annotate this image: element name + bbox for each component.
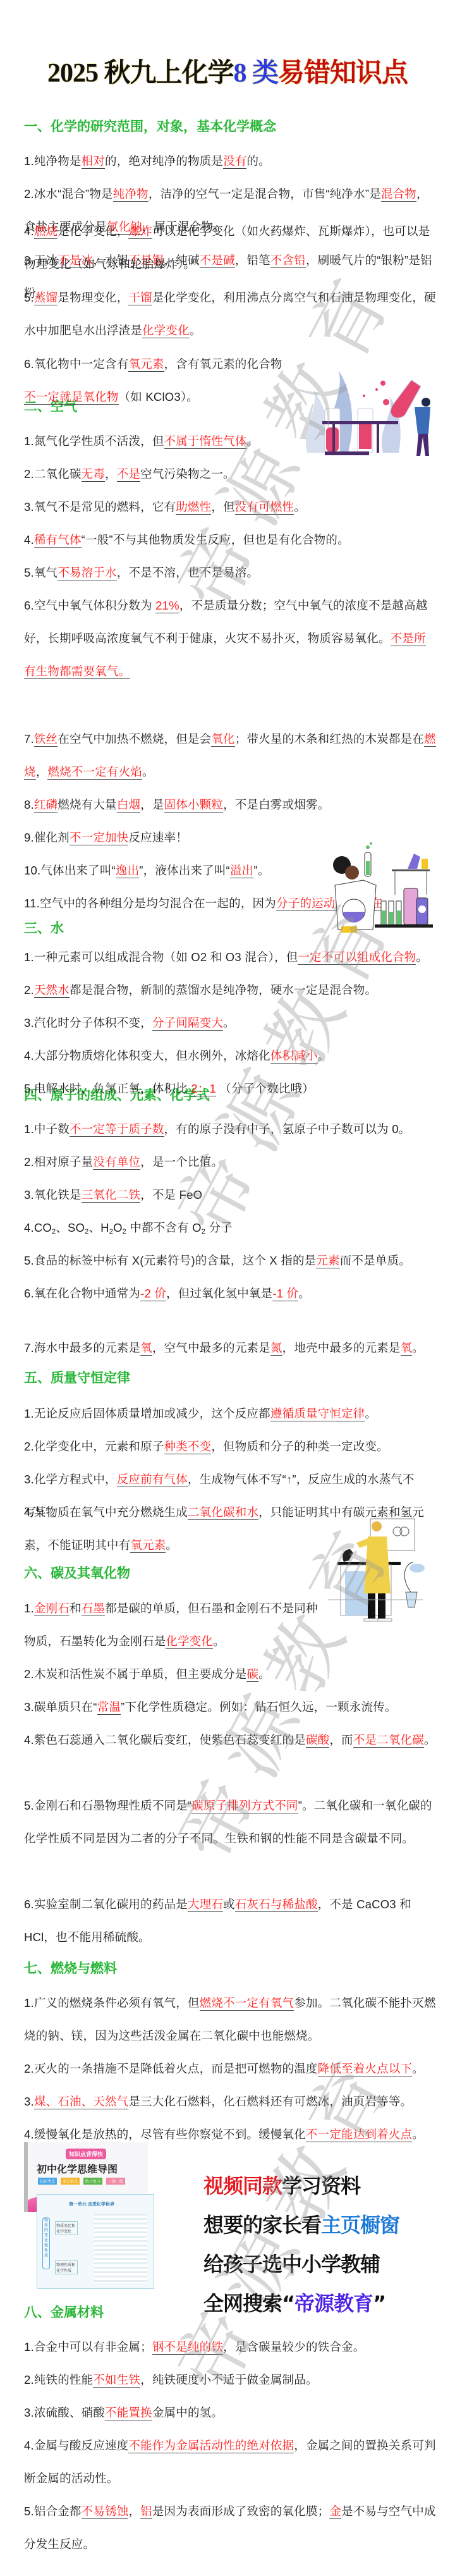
text-segment: 是三大化石燃料，化石燃料还有可燃冰，油页岩等等。 — [128, 2095, 412, 2108]
page-title: 2025 秋九上化学8 类易错知识点 — [0, 54, 455, 92]
text-segment: ，但物质和分子的种类一定改变。 — [211, 1440, 389, 1453]
highlighted-answer: 纯净物 — [113, 187, 149, 202]
highlighted-answer: 爆炸 — [128, 224, 152, 239]
text-segment: 5.金刚石和石墨物理性质不同是“ — [24, 1799, 191, 1812]
text-segment: 。 — [416, 950, 428, 964]
text-segment: 金属中的氢。 — [152, 2406, 223, 2419]
text-segment: ，不是不溶，也不是易溶。 — [117, 566, 258, 579]
text-segment: ，但过氧化氢中氧是 — [166, 1287, 272, 1300]
text-segment: 5. — [24, 291, 34, 304]
highlighted-answer: 不一定能达到着火点 — [306, 2128, 412, 2142]
highlighted-answer: 燃烧不一定有氧气 — [200, 1996, 294, 2011]
highlighted-answer: 体积减小 — [270, 1049, 318, 1064]
highlighted-answer: 没有单位 — [93, 1155, 140, 1170]
book-badge: 知识点背得快 — [66, 2149, 106, 2159]
list-item: 6.实验室制二氧化碳用的药品是大理石或石灰石与稀盐酸，不是 CaCO3 和 HC… — [24, 1888, 436, 1954]
highlighted-answer: -1 价 — [272, 1287, 298, 1301]
text-segment: 7. — [24, 732, 34, 745]
woman-scientist-illustration — [325, 841, 436, 936]
text-segment: 5.电解水时，负氢正氧，体积比 — [24, 1082, 191, 1095]
highlighted-answer: 常温 — [97, 1700, 121, 1715]
text-segment: 都是混合物，新制的蒸馏水是纯净物，硬水一定是混合物。 — [70, 983, 377, 997]
highlighted-answer: 无毒 — [82, 467, 105, 482]
text-segment: 。 — [246, 434, 258, 448]
list-item: 4.金属与酸反应速度不能作为金属活动性的绝对依据，金属之间的置换关系可判断金属的… — [24, 2429, 436, 2495]
text-segment: ；带火星的木条和红热的木炭都是在 — [235, 732, 424, 745]
text-segment: ，不是 FeO — [140, 1188, 202, 1201]
text-segment: 和 — [70, 1602, 82, 1615]
text-segment: 5.氧气 — [24, 566, 58, 579]
text-segment: 10.气体出来了叫“ — [24, 864, 116, 877]
list-item: 1.金刚石和石墨都是碳的单质，但石墨和金刚石不是同种物质，石墨转化为金刚石是化学… — [24, 1592, 321, 1658]
promo-text-red: 视频同款 — [203, 2174, 282, 2198]
book-inner-vertical: 物质的变化和性质 — [42, 2217, 50, 2269]
text-segment: 4. — [24, 533, 34, 546]
promo-text: 想要的家长看 — [203, 2213, 321, 2237]
list-item: 4.大部分物质熔化体积变大，但水例外，冰熔化体积减小。 — [24, 1040, 436, 1072]
highlighted-answer: 相对 — [82, 154, 105, 169]
book-branch: 物理性质和化学性质 — [55, 2260, 78, 2274]
text-segment: 。 — [258, 1667, 270, 1681]
text-segment: 5.铝合金都 — [24, 2505, 82, 2518]
highlighted-answer: 不是 — [117, 467, 140, 482]
promo-brand-name: 帝源教育 — [294, 2291, 373, 2315]
text-segment: ， — [105, 467, 117, 481]
promo-line-4: 全网搜索“帝源教育” — [203, 2288, 385, 2317]
text-segment: 。 — [294, 500, 306, 513]
book-branch: 物质变化和化学变化 — [55, 2221, 78, 2235]
list-item: 3.汽化时分子体积不变，分子间隔变大。 — [24, 1007, 436, 1040]
text-segment: 6.氧化物中一定含有 — [24, 357, 128, 371]
highlighted-answer: 二氧化碳和水 — [188, 1506, 258, 1520]
list-item: 7.海水中最多的元素是氧，空气中最多的元素是氮，地壳中最多的元素是氧。 — [24, 1332, 436, 1365]
text-segment: 3.浓硫酸、硝酸 — [24, 2406, 105, 2419]
list-item: 5.蒸馏是物理变化，干馏是化学变化，利用沸点分离空气和石油是物理变化，硬水中加肥… — [24, 281, 436, 347]
text-segment: 6.实验室制二氧化碳用的药品是 — [24, 1898, 188, 1911]
text-segment: 1.无论反应后固体质量增加或减少，这个反应都 — [24, 1407, 270, 1420]
text-segment: 4.紫色石蕊通入二氧化碳后变红，使紫色石蕊变红的是 — [24, 1733, 306, 1746]
text-segment: ，洁净的空气一定是混合物，市售“纯净水”是 — [149, 187, 381, 200]
text-segment: 2.木炭和活性炭不属于单质，但主要成分是 — [24, 1667, 246, 1681]
text-segment: ， — [36, 765, 48, 778]
promo-line-3: 给孩子选中小学教辅 — [203, 2248, 380, 2278]
text-segment: O — [113, 1221, 123, 1234]
text-segment: 、H — [88, 1221, 109, 1234]
highlighted-answer: 混合物 — [381, 187, 416, 202]
highlighted-answer: 种类不变 — [164, 1440, 212, 1454]
list-item: 1.中子数不一定等于质子数，有的原子没有中子，氢原子中子数可以为 0。 — [24, 1113, 436, 1146]
list-item: 3.氧气不是常见的燃料，它有助燃性，但没有可燃性。 — [24, 491, 436, 524]
list-item: 5.电解水时，负氢正氧，体积比 2：1 （分子个数比哦） — [24, 1072, 436, 1105]
highlighted-answer: 铁丝 — [34, 732, 58, 747]
highlighted-answer: 稀有气体 — [34, 533, 82, 548]
list-item: 4.稀有气体“一般”不与其他物质发生反应，但也是有化合物的。 — [24, 524, 436, 556]
list-item: 6.氧化物中一定含有氧元素，含有氧元素的化合物不一定就是氧化物（如 KClO3）… — [24, 348, 289, 414]
highlighted-answer: 反应前有气体 — [117, 1473, 188, 1487]
highlighted-answer: 化学变化 — [166, 1635, 213, 1649]
text-segment: 1.纯净物是 — [24, 154, 82, 168]
highlighted-answer: 不易锈蚀 — [82, 2505, 129, 2519]
text-segment: 是因为表面形成了致密的氧化膜； — [152, 2505, 330, 2518]
text-segment: 是化学变化， — [58, 224, 128, 238]
section-heading-5: 五、质量守恒定律 — [24, 1368, 130, 1387]
title-part-count: 8 类 — [233, 59, 278, 88]
list-item: 3.碳单质只在“常温”下化学性质稳定。例如：钻石恒久远，一颗永流传。 — [24, 1691, 436, 1724]
highlighted-answer: 天然水 — [34, 983, 70, 998]
text-segment: ，含有氧元素的化合物 — [164, 357, 282, 371]
promo-text: 给孩子选中小学教辅 — [203, 2252, 380, 2276]
highlighted-answer: 化学变化 — [142, 324, 190, 338]
highlighted-answer: 不如生铁 — [93, 2373, 140, 2388]
text-segment: “一般”不与其他物质发生反应，但也是有化合物的。 — [82, 533, 349, 546]
highlighted-answer: 不一定就是氧化物 — [24, 390, 119, 405]
list-item: 5.金刚石和石墨物理性质不同是“碳原子排列方式不同”。二氧化碳和一氧化碳的化学性… — [24, 1789, 436, 1855]
text-segment: 1.合金中可以有非金属； — [24, 2340, 152, 2353]
highlighted-answer: 氧 — [140, 1341, 152, 1356]
text-segment: 1.氮气化学性质不活泼，但 — [24, 434, 164, 448]
text-segment: 是物理变化， — [58, 291, 128, 304]
text-segment: （分子个数比哦） — [216, 1082, 314, 1095]
text-segment: 5.食品的标签中标有 X(元素符号)的含量，这个 X 指的是 — [24, 1254, 316, 1267]
text-segment: ，但 — [211, 500, 234, 513]
text-segment: 2.化学变化中，元素和原子 — [24, 1440, 164, 1453]
text-segment: 3.碳单质只在“ — [24, 1700, 97, 1714]
section-heading-1: 一、化学的研究范围，对象，基本化学概念 — [24, 116, 276, 135]
text-segment: 3.化学方程式中， — [24, 1473, 117, 1486]
text-segment: 。 — [412, 2128, 424, 2141]
text-segment: 3.汽化时分子体积不变， — [24, 1016, 152, 1029]
text-segment: 。 — [213, 1635, 225, 1648]
list-item: 1.无论反应后固体质量增加或减少，这个反应都遵循质量守恒定律。 — [24, 1397, 436, 1430]
highlighted-answer: 不能置换 — [105, 2406, 152, 2420]
text-segment: 。 — [298, 1287, 310, 1300]
highlighted-answer: 氧元素 — [128, 357, 164, 372]
text-segment: 3. — [24, 2095, 34, 2108]
section-heading-8: 八、金属材料 — [24, 2302, 104, 2321]
list-item: 2.相对原子量没有单位，是一个比值。 — [24, 1146, 436, 1179]
text-segment: 2. — [24, 983, 34, 997]
highlighted-answer: 没有可燃性 — [235, 500, 294, 515]
highlighted-answer: -2 价 — [140, 1287, 166, 1301]
highlighted-answer: 不能作为金属活动性的绝对依据 — [128, 2439, 294, 2453]
highlighted-answer: 固体小颗粒 — [164, 798, 224, 813]
text-segment: 2.相对原子量 — [24, 1155, 93, 1168]
highlighted-answer: 没有 — [223, 154, 246, 169]
text-segment: （如 KClO3）。 — [119, 390, 198, 403]
list-item: 3.煤、石油、天然气是三大化石燃料，化石燃料还有可燃冰，油页岩等等。 — [24, 2085, 436, 2118]
list-item: 4.CO2、SO2、H2O2 中都不含有 O2 分子 — [24, 1211, 436, 1248]
highlighted-answer: 大理石 — [188, 1898, 223, 1912]
highlighted-answer: 溢出 — [230, 864, 253, 878]
text-segment: ，是一个比值。 — [140, 1155, 223, 1168]
highlighted-answer: 逸出 — [116, 864, 139, 878]
list-item: 2.木炭和活性炭不属于单质，但主要成分是碳。 — [24, 1658, 436, 1691]
text-segment: ，是 — [140, 798, 164, 811]
section-heading-7: 七、燃烧与燃料 — [24, 1958, 117, 1977]
book-title: 初中化学思维导图 — [37, 2161, 118, 2176]
text-segment: ，有的原子没有中子，氢原子中子数可以为 0。 — [164, 1122, 411, 1136]
list-item: 2.灭火的一条措施不是降低着火点，而是把可燃物的温度降低至着火点以下。 — [24, 2052, 436, 2085]
text-segment: 分子 — [205, 1221, 233, 1234]
text-segment: 4.金属与酸反应速度 — [24, 2439, 128, 2452]
book-tag: 一课一练 — [106, 2178, 125, 2185]
text-segment: 。 — [190, 324, 202, 337]
highlighted-answer: 蒸馏 — [34, 291, 58, 305]
text-segment: 空气污染物之一。 — [140, 467, 235, 481]
title-part-main: 2025 秋九上化学 — [47, 59, 234, 88]
text-segment: 。 — [412, 1341, 424, 1354]
highlighted-answer: 三氧化二铁 — [82, 1188, 141, 1203]
list-item: 4.紫色石蕊通入二氧化碳后变红，使紫色石蕊变红的是碳酸，而不是二氧化碳。 — [24, 1724, 436, 1757]
book-inner-lines — [94, 2214, 147, 2283]
highlighted-answer: 遵循质量守恒定律 — [270, 1407, 365, 1421]
highlighted-answer: 助燃性 — [176, 500, 211, 515]
highlighted-answer: 2：1 — [191, 1082, 216, 1096]
list-item: 2.天然水都是混合物，新制的蒸馏水是纯净物，硬水一定是混合物。 — [24, 974, 436, 1007]
lab-technician-illustration — [325, 1518, 426, 1625]
scientist-flask-illustration — [294, 358, 440, 459]
text-segment: 的，绝对纯净的物质是 — [105, 154, 223, 168]
highlighted-answer: 氧化 — [211, 732, 234, 747]
highlighted-answer: 不是二氧化碳 — [353, 1733, 424, 1748]
text-segment: 4.某物质在氧气中充分燃烧生成 — [24, 1506, 188, 1519]
text-segment: 3.氧化铁是 — [24, 1188, 82, 1201]
text-segment: 3.氧气不是常见的燃料，它有 — [24, 500, 176, 513]
text-segment: 4.CO — [24, 1221, 52, 1234]
text-segment: 4.缓慢氧化是放热的，尽管有些你察觉不到。缓慢氧化 — [24, 2128, 306, 2141]
book-tag: 重点难点 — [61, 2178, 80, 2185]
list-item: 8.红磷燃烧有大量白烟，是固体小颗粒，不是白雾或烟雾。 — [24, 788, 436, 821]
highlighted-answer: 氧元素 — [130, 1538, 166, 1553]
highlighted-answer: 碳原子排列方式不同 — [191, 1799, 298, 1813]
highlighted-answer: 钢不是纯的铁 — [152, 2340, 223, 2355]
highlighted-answer: 燃烧 — [34, 224, 58, 239]
list-item: 6.空气中氧气体积分数为 21%，不是质量分数；空气中氧气的浓度不是越高越好，长… — [24, 589, 436, 688]
text-segment: 中都不含有 O — [126, 1221, 202, 1234]
highlighted-answer: 不属于惰性气体 — [164, 434, 247, 449]
list-item: 5.氧气不易溶于水，不是不溶，也不是易溶。 — [24, 556, 436, 589]
text-segment: 。 — [412, 2062, 424, 2075]
text-segment: 或 — [223, 1898, 235, 1911]
list-item: 6.氧在化合物中通常为-2 价，但过氧化氢中氧是-1 价。 — [24, 1277, 436, 1310]
text-segment: 11.空气中的各种组分是均匀混合在一起的，因为 — [24, 897, 276, 910]
list-item: 7.铁丝在空气中加热不燃烧，但是会氧化；带火星的木条和红热的木炭都是在燃烧，燃烧… — [24, 723, 436, 788]
promo-book-image: 知识点背得快 初中化学思维导图 知识考点 重点难点 练习复习 一课一练 第一单元… — [24, 2142, 150, 2300]
list-item: 1.合金中可以有非金属；钢不是纯的铁，是含碳量较少的铁合金。 — [24, 2331, 436, 2364]
section-heading-6: 六、碳及其氧化物 — [24, 1563, 130, 1582]
text-segment: 反应速率！ — [128, 831, 188, 844]
list-item: 2.纯铁的性能不如生铁，纯铁硬度小不适于做金属制品。 — [24, 2364, 436, 2396]
text-segment: 。 — [318, 1049, 330, 1062]
text-segment: 。 — [424, 1733, 436, 1746]
text-segment: 1.中子数 — [24, 1122, 70, 1136]
text-segment: 6.空气中氧气体积分数为 — [24, 599, 155, 612]
text-segment: 。 — [166, 1538, 178, 1552]
text-segment: ”。 — [253, 864, 269, 877]
promo-text: ” — [373, 2291, 385, 2315]
document-page: 2025 秋九上化学8 类易错知识点 一、化学的研究范围，对象，基本化学概念 二… — [0, 0, 455, 2576]
highlighted-answer: 分子间隔变大 — [152, 1016, 223, 1031]
highlighted-answer: 21% — [155, 599, 179, 613]
highlighted-answer: 不一定等于质子数 — [70, 1122, 164, 1137]
highlighted-answer: 一定不可以组成化合物 — [298, 950, 416, 965]
highlighted-answer: 氮 — [270, 1341, 282, 1356]
highlighted-answer: 不一定加快 — [70, 831, 129, 845]
highlighted-answer: 金 — [329, 2505, 341, 2519]
text-segment: ，是含碳量较少的铁合金。 — [223, 2340, 365, 2353]
text-segment: ，空气中最多的元素是 — [152, 1341, 270, 1354]
highlighted-answer: 铝 — [140, 2505, 152, 2519]
list-item: 5.食品的标签中标有 X(元素符号)的含量，这个 X 指的是元素而不是单质。 — [24, 1244, 436, 1277]
list-item: 2.化学变化中，元素和原子种类不变，但物质和分子的种类一定改变。 — [24, 1430, 436, 1463]
text-segment: ， — [128, 2505, 140, 2518]
text-segment: 1.广义的燃烧条件必须有氧气，但 — [24, 1996, 200, 2009]
highlighted-answer: 煤、石油、天然气 — [34, 2095, 129, 2109]
book-tags: 知识考点 重点难点 练习复习 一课一练 — [38, 2178, 125, 2185]
highlighted-answer: 降低至着火点以下 — [318, 2062, 413, 2076]
list-item: 1.氮气化学性质不活泼，但不属于惰性气体。 — [24, 425, 302, 458]
text-segment: 而不是单质。 — [340, 1254, 411, 1267]
text-segment: 燃烧有大量 — [58, 798, 117, 811]
highlighted-answer: 石墨 — [82, 1602, 105, 1616]
text-segment: 、SO — [56, 1221, 85, 1234]
book-tag: 知识考点 — [38, 2178, 57, 2185]
highlighted-answer: 干馏 — [128, 291, 152, 305]
text-segment: ”，液体出来了叫“ — [139, 864, 230, 877]
highlighted-answer: 碳 — [246, 1667, 258, 1682]
text-segment: 1.一种元素可以组成混合物（如 O2 和 O3 混合），但 — [24, 950, 298, 964]
highlighted-answer: 碳酸 — [306, 1733, 329, 1748]
text-segment: 1. — [24, 1602, 34, 1615]
promo-text: 全网搜索“ — [203, 2291, 294, 2315]
text-segment: 的。 — [246, 154, 270, 168]
promo-line-1: 视频同款学习资料 — [203, 2170, 360, 2199]
text-segment: 2.冰水“混合”物是 — [24, 187, 113, 200]
text-segment: 。 — [365, 1407, 377, 1420]
text-segment: 7.海水中最多的元素是 — [24, 1341, 140, 1354]
text-segment: ，地壳中最多的元素是 — [282, 1341, 401, 1354]
book-tag: 练习复习 — [83, 2178, 102, 2185]
text-segment: ，不是白雾或烟雾。 — [223, 798, 329, 811]
promo-line-2: 想要的家长看主页橱窗 — [203, 2209, 399, 2238]
text-segment: 4.大部分物质熔化体积变大，但水例外，冰熔化 — [24, 1049, 270, 1062]
text-segment: 。 — [223, 1016, 235, 1029]
book-inner-heading: 第一单元 走进化学世界 — [69, 2201, 114, 2207]
highlighted-answer: 白烟 — [117, 798, 140, 813]
promo-text: 学习资料 — [282, 2174, 360, 2198]
highlighted-answer: 不易溶于水 — [58, 566, 117, 580]
text-segment: 6.氧在化合物中通常为 — [24, 1287, 140, 1300]
promo-text-blue: 主页橱窗 — [321, 2213, 399, 2237]
highlighted-answer: 氧 — [401, 1341, 413, 1356]
highlighted-answer: 元素 — [316, 1254, 339, 1268]
list-item: 5.铝合金都不易锈蚀，铝是因为表面形成了致密的氧化膜；金是不易与空气中成分发生反… — [24, 2495, 436, 2561]
title-part-emphasis: 易错知识点 — [278, 59, 408, 88]
text-segment: 2.二氧化碳 — [24, 467, 82, 481]
text-segment: 2.灭火的一条措施不是降低着火点，而是把可燃物的温度 — [24, 2062, 318, 2075]
text-segment: 4. — [24, 224, 34, 238]
highlighted-answer: 燃烧不一定有火焰 — [47, 765, 142, 780]
text-segment: 8. — [24, 798, 34, 811]
section-heading-3: 三、水 — [24, 918, 64, 937]
list-item: 3.浓硫酸、硝酸不能置换金属中的氢。 — [24, 2396, 436, 2429]
list-item: 1.一种元素可以组成混合物（如 O2 和 O3 混合），但一定不可以组成化合物。 — [24, 941, 436, 974]
list-item: 3.氧化铁是三氧化二铁，不是 FeO — [24, 1179, 436, 1211]
text-segment: ，而 — [329, 1733, 353, 1746]
list-item: 2.二氧化碳无毒，不是空气污染物之一。 — [24, 458, 436, 491]
highlighted-answer: 石灰石与稀盐酸 — [235, 1898, 318, 1912]
list-item: 1.纯净物是相对的，绝对纯净的物质是没有的。 — [24, 145, 436, 178]
text-segment: 在空气中加热不燃烧，但是会 — [58, 732, 211, 745]
text-segment: 9.催化剂 — [24, 831, 70, 844]
list-item: 1.广义的燃烧条件必须有氧气，但燃烧不一定有氧气参加。二氧化碳不能扑灭燃烧的钠、… — [24, 1987, 436, 2052]
text-segment: 。 — [142, 765, 154, 778]
book-inner-page: 第一单元 走进化学世界 物质的变化和性质 物质变化和化学变化 物理性质和化学性质 — [37, 2194, 154, 2289]
text-segment: 2.纯铁的性能 — [24, 2373, 93, 2386]
list-item: 4.燃烧是化学变化，爆炸可以是化学变化（如火药爆炸、瓦斯爆炸），也可以是物理变化… — [24, 215, 436, 281]
highlighted-answer: 金刚石 — [34, 1602, 70, 1616]
highlighted-answer: 红磷 — [34, 798, 58, 813]
text-segment: ”下化学性质稳定。例如：钻石恒久远，一颗永流传。 — [121, 1700, 396, 1714]
text-segment: ，纯铁硬度小不适于做金属制品。 — [140, 2373, 318, 2386]
